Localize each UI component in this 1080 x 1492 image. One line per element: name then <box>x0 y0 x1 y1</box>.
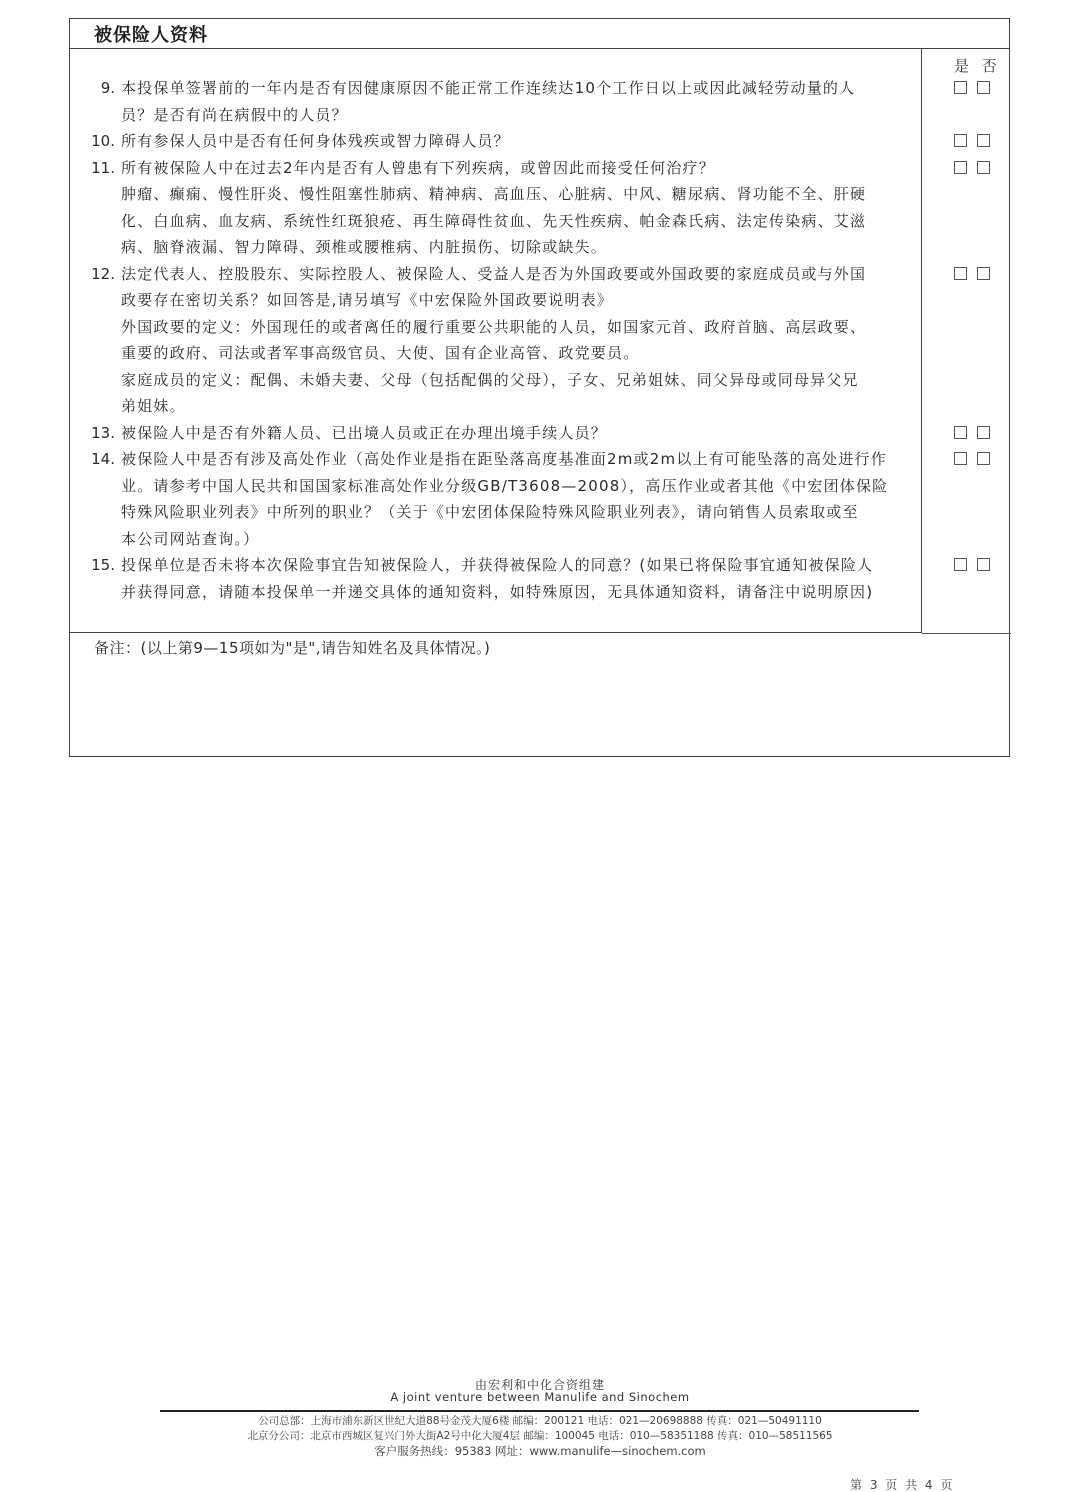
yes-no-checkboxes <box>954 426 990 439</box>
question-text-line: 弟姐妹。 <box>121 393 186 420</box>
question-item: 15.投保单位是否未将本次保险事宜告知被保险人，并获得被保险人的同意？(如果已将… <box>70 552 922 605</box>
remarks-label: 备注：(以上第9—15项如为"是",请告知姓名及具体情况。) <box>94 637 490 658</box>
question-number: 12. <box>91 261 115 288</box>
checkbox-yes-q12[interactable] <box>954 267 967 280</box>
question-item: 14.被保险人中是否有涉及高处作业（高处作业是指在距坠落高度基准面2m或2m以上… <box>70 446 922 552</box>
page-number: 第 3 页 共 4 页 <box>850 1476 954 1492</box>
checkbox-no-q13[interactable] <box>977 426 990 439</box>
checkbox-yes-q14[interactable] <box>954 452 967 465</box>
yes-no-checkboxes <box>954 558 990 571</box>
yes-no-checkboxes <box>954 267 990 280</box>
section-title: 被保险人资料 <box>94 21 208 47</box>
footer-divider <box>160 1410 919 1412</box>
yes-no-header: 是 否 <box>954 55 1001 76</box>
headquarters-address: 公司总部：上海市浦东新区世纪大道88号金茂大厦6楼 邮编：200121 电话：0… <box>0 1413 1080 1428</box>
question-item: 13.被保险人中是否有外籍人员、已出境人员或正在办理出境手续人员？ <box>70 420 922 447</box>
joint-venture-en: A joint venture between Manulife and Sin… <box>0 1390 1080 1404</box>
question-number: 10. <box>91 128 115 155</box>
question-text-line: 所有参保人员中是否有任何身体残疾或智力障碍人员？ <box>121 128 510 155</box>
question-number: 13. <box>91 420 115 447</box>
question-number: 15. <box>91 552 115 579</box>
question-text-line: 政要存在密切关系？如回答是,请另填写《中宏保险外国政要说明表》 <box>121 287 613 314</box>
question-item: 12.法定代表人、控股股东、实际控股人、被保险人、受益人是否为外国政要或外国政要… <box>70 261 922 420</box>
question-text-line: 病、脑脊液漏、智力障碍、颈椎或腰椎病、内脏损伤、切除或缺失。 <box>121 234 607 261</box>
remarks-section[interactable]: 备注：(以上第9—15项如为"是",请告知姓名及具体情况。) <box>70 633 1009 756</box>
question-text-line: 投保单位是否未将本次保险事宜告知被保险人，并获得被保险人的同意？(如果已将保险事… <box>121 552 873 579</box>
question-text-line: 家庭成员的定义：配偶、未婚夫妻、父母（包括配偶的父母），子女、兄弟姐妹、同父异母… <box>121 367 859 394</box>
question-number: 9. <box>101 75 115 102</box>
beijing-branch-address: 北京分公司：北京市西城区复兴门外大街A2号中化大厦4层 邮编：100045 电话… <box>0 1428 1080 1443</box>
section-header: 被保险人资料 <box>70 19 1009 49</box>
checkbox-no-q9[interactable] <box>977 81 990 94</box>
question-text-line: 被保险人中是否有外籍人员、已出境人员或正在办理出境手续人员？ <box>121 420 607 447</box>
checkbox-no-q11[interactable] <box>977 161 990 174</box>
question-item: 10.所有参保人员中是否有任何身体残疾或智力障碍人员？ <box>70 128 922 155</box>
question-item: 9.本投保单签署前的一年内是否有因健康原因不能正常工作连续达10个工作日以上或因… <box>70 75 922 128</box>
question-text-line: 外国政要的定义：外国现任的或者离任的履行重要公共职能的人员，如国家元首、政府首脑… <box>121 314 866 341</box>
checkbox-yes-q15[interactable] <box>954 558 967 571</box>
question-text-line: 并获得同意，请随本投保单一并递交具体的通知资料，如特殊原因，无具体通知资料，请备… <box>121 579 873 606</box>
yes-no-checkboxes <box>954 161 990 174</box>
checkbox-no-q10[interactable] <box>977 134 990 147</box>
yes-no-checkboxes <box>954 134 990 147</box>
yes-no-checkboxes <box>954 452 990 465</box>
question-text-line: 业。请参考中国人民共和国国家标准高处作业分级GB/T3608—2008），高压作… <box>121 473 888 500</box>
questions-column: 9.本投保单签署前的一年内是否有因健康原因不能正常工作连续达10个工作日以上或因… <box>70 48 922 633</box>
question-item: 11.所有被保险人中在过去2年内是否有人曾患有下列疾病，或曾因此而接受任何治疗？… <box>70 155 922 261</box>
checkbox-yes-q11[interactable] <box>954 161 967 174</box>
question-text-line: 本公司网站查询。） <box>121 526 259 553</box>
question-number: 14. <box>91 446 115 473</box>
answers-column: 是 否 <box>922 48 1011 634</box>
question-number: 11. <box>91 155 115 182</box>
checkbox-yes-q10[interactable] <box>954 134 967 147</box>
question-text-line: 化、白血病、血友病、系统性红斑狼疮、再生障碍性贫血、先天性疾病、帕金森氏病、法定… <box>121 208 866 235</box>
question-text-line: 被保险人中是否有涉及高处作业（高处作业是指在距坠落高度基准面2m或2m以上有可能… <box>121 446 887 473</box>
checkbox-no-q15[interactable] <box>977 558 990 571</box>
question-text-line: 法定代表人、控股股东、实际控股人、被保险人、受益人是否为外国政要或外国政要的家庭… <box>121 261 866 288</box>
insured-info-form: 被保险人资料 9.本投保单签署前的一年内是否有因健康原因不能正常工作连续达10个… <box>69 18 1010 757</box>
checkbox-no-q14[interactable] <box>977 452 990 465</box>
question-text-line: 员？是否有尚在病假中的人员？ <box>121 102 348 129</box>
checkbox-yes-q13[interactable] <box>954 426 967 439</box>
questions-area: 9.本投保单签署前的一年内是否有因健康原因不能正常工作连续达10个工作日以上或因… <box>70 48 1009 633</box>
question-text-line: 特殊风险职业列表》中所列的职业？（关于《中宏团体保险特殊风险职业列表》，请向销售… <box>121 499 859 526</box>
checkbox-yes-q9[interactable] <box>954 81 967 94</box>
question-text-line: 所有被保险人中在过去2年内是否有人曾患有下列疾病，或曾因此而接受任何治疗？ <box>121 155 715 182</box>
customer-service-info: 客户服务热线：95383 网址：www.manulife—sinochem.co… <box>0 1443 1080 1459</box>
question-text-line: 重要的政府、司法或者军事高级官员、大使、国有企业高管、政党要员。 <box>121 340 639 367</box>
question-text-line: 本投保单签署前的一年内是否有因健康原因不能正常工作连续达10个工作日以上或因此减… <box>121 75 855 102</box>
yes-no-checkboxes <box>954 81 990 94</box>
checkbox-no-q12[interactable] <box>977 267 990 280</box>
question-text-line: 肿瘤、癫痫、慢性肝炎、慢性阻塞性肺病、精神病、高血压、心脏病、中风、糖尿病、肾功… <box>121 181 866 208</box>
